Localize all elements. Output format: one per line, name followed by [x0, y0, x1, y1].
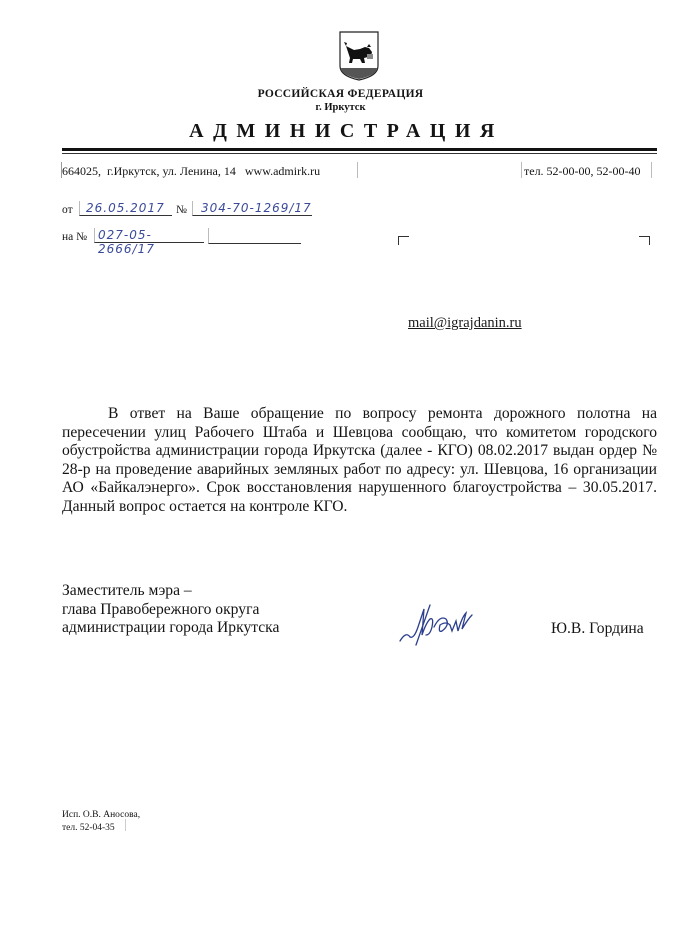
organization-phone: тел. 52-00-00, 52-00-40	[524, 164, 641, 179]
address-corner-left	[398, 236, 409, 245]
date-label: от	[62, 204, 73, 216]
address-corner-right	[639, 236, 650, 245]
body-paragraph: В ответ на Ваше обращение по вопросу рем…	[62, 405, 657, 517]
country-heading: РОССИЙСКАЯ ФЕДЕРАЦИЯ	[0, 88, 681, 100]
city-heading: г. Иркутск	[0, 102, 681, 113]
recipient-email[interactable]: mail@igrajdanin.ru	[408, 315, 522, 332]
field-border	[357, 162, 358, 178]
signatory-title: Заместитель мэра – глава Правобережного …	[62, 582, 279, 638]
letter-body: В ответ на Ваше обращение по вопросу рем…	[62, 405, 657, 517]
header-rule-thick	[62, 148, 657, 151]
organization-address: 664025, г.Иркутск, ул. Ленина, 14 www.ad…	[62, 164, 320, 179]
reply-date-field	[208, 228, 301, 244]
executor-info: Исп. О.В. Аносова, тел. 52-04-35	[62, 809, 140, 834]
field-border	[125, 819, 126, 831]
executor-phone: тел. 52-04-35	[62, 822, 140, 835]
reply-number-label: на №	[62, 231, 87, 243]
signatory-position-line1: Заместитель мэра –	[62, 582, 279, 601]
signatory-name: Ю.В. Гордина	[551, 620, 644, 638]
signatory-position-line3: администрации города Иркутска	[62, 619, 279, 638]
reply-number-field: 027-05-2666/17	[94, 228, 204, 243]
organization-title: АДМИНИСТРАЦИЯ	[0, 120, 681, 143]
handwritten-signature-icon	[396, 601, 476, 649]
outgoing-number-field: 304-70-1269/17	[192, 201, 312, 216]
coat-of-arms-icon	[338, 30, 380, 82]
outgoing-date-field: 26.05.2017	[79, 201, 172, 216]
executor-name: Исп. О.В. Аносова,	[62, 809, 140, 822]
header-rule-thin	[62, 153, 657, 154]
number-label: №	[176, 204, 187, 216]
field-border	[651, 162, 652, 178]
field-border	[521, 162, 522, 178]
signatory-position-line2: глава Правобережного округа	[62, 601, 279, 620]
